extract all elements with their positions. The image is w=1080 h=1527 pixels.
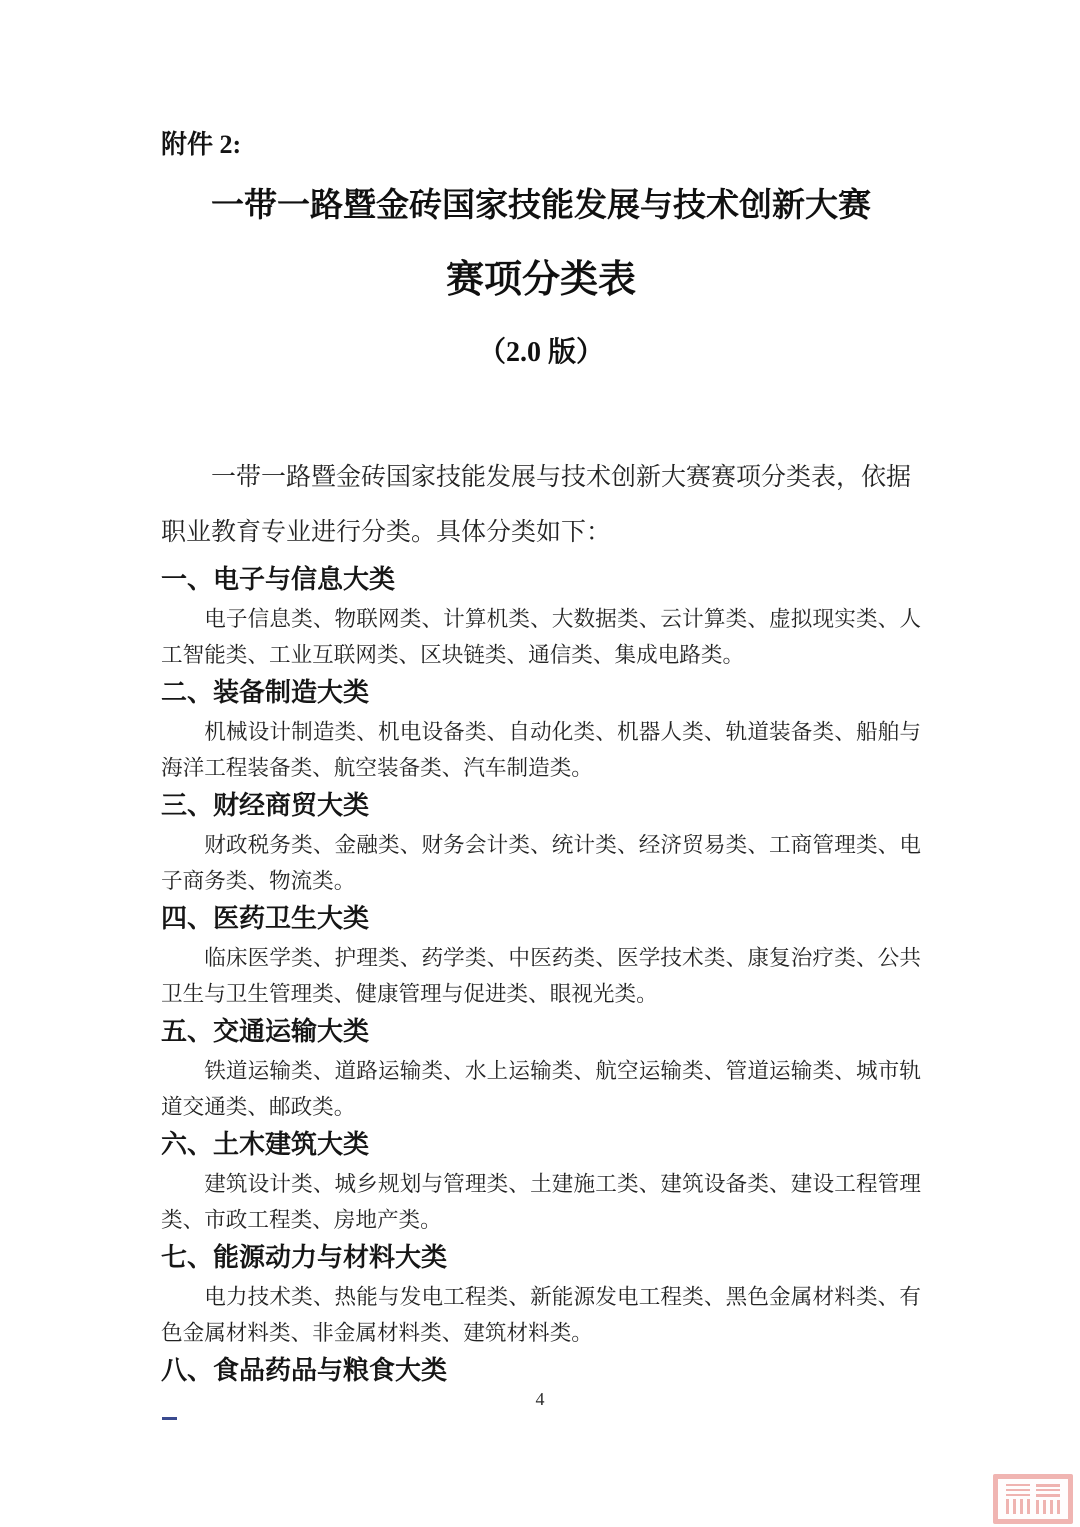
category-body: 财政税务类、金融类、财务会计类、统计类、经济贸易类、工商管理类、电子商务类、物流… bbox=[161, 828, 921, 899]
category-body: 建筑设计类、城乡规划与管理类、土建施工类、建筑设备类、建设工程管理类、市政工程类… bbox=[161, 1167, 921, 1238]
category-heading: 六、土木建筑大类 bbox=[161, 1125, 921, 1163]
doc-title-line1: 一带一路暨金砖国家技能发展与技术创新大赛 bbox=[161, 183, 921, 229]
category-heading: 四、医药卫生大类 bbox=[161, 899, 921, 937]
category-body: 铁道运输类、道路运输类、水上运输类、航空运输类、管道运输类、城市轨道交通类、邮政… bbox=[161, 1054, 921, 1125]
category-heading: 三、财经商贸大类 bbox=[161, 786, 921, 824]
footnote-dash bbox=[162, 1417, 177, 1420]
category-section: 四、医药卫生大类 临床医学类、护理类、药学类、中医药类、医学技术类、康复治疗类、… bbox=[161, 899, 921, 1012]
intro-line-2: 职业教育专业进行分类。具体分类如下： bbox=[161, 505, 921, 560]
category-section: 三、财经商贸大类 财政税务类、金融类、财务会计类、统计类、经济贸易类、工商管理类… bbox=[161, 786, 921, 899]
doc-version-label: （2.0 版） bbox=[161, 333, 921, 373]
seal-glyph-left bbox=[1006, 1484, 1030, 1514]
category-section: 六、土木建筑大类 建筑设计类、城乡规划与管理类、土建施工类、建筑设备类、建设工程… bbox=[161, 1125, 921, 1238]
seal-watermark-icon bbox=[993, 1474, 1073, 1524]
category-heading: 一、电子与信息大类 bbox=[161, 560, 921, 598]
page-number: 4 bbox=[0, 1388, 1080, 1410]
category-body: 电子信息类、物联网类、计算机类、大数据类、云计算类、虚拟现实类、人工智能类、工业… bbox=[161, 602, 921, 673]
category-section: 八、食品药品与粮食大类 bbox=[161, 1351, 921, 1389]
doc-title-line2: 赛项分类表 bbox=[161, 255, 921, 305]
category-section: 七、能源动力与材料大类 电力技术类、热能与发电工程类、新能源发电工程类、黑色金属… bbox=[161, 1238, 921, 1351]
category-body: 电力技术类、热能与发电工程类、新能源发电工程类、黑色金属材料类、有色金属材料类、… bbox=[161, 1280, 921, 1351]
document-page: 附件 2: 一带一路暨金砖国家技能发展与技术创新大赛 赛项分类表 （2.0 版）… bbox=[0, 0, 1080, 1527]
category-body: 临床医学类、护理类、药学类、中医药类、医学技术类、康复治疗类、公共卫生与卫生管理… bbox=[161, 941, 921, 1012]
category-body: 机械设计制造类、机电设备类、自动化类、机器人类、轨道装备类、船舶与海洋工程装备类… bbox=[161, 715, 921, 786]
seal-glyph-right bbox=[1036, 1484, 1060, 1514]
intro-line-1: 一带一路暨金砖国家技能发展与技术创新大赛赛项分类表，依据 bbox=[161, 450, 921, 505]
category-heading: 二、装备制造大类 bbox=[161, 673, 921, 711]
attachment-label: 附件 2: bbox=[161, 125, 921, 165]
category-section: 五、交通运输大类 铁道运输类、道路运输类、水上运输类、航空运输类、管道运输类、城… bbox=[161, 1012, 921, 1125]
category-heading: 五、交通运输大类 bbox=[161, 1012, 921, 1050]
category-heading: 八、食品药品与粮食大类 bbox=[161, 1351, 921, 1389]
category-heading: 七、能源动力与材料大类 bbox=[161, 1238, 921, 1276]
category-section: 一、电子与信息大类 电子信息类、物联网类、计算机类、大数据类、云计算类、虚拟现实… bbox=[161, 560, 921, 673]
category-sections: 一、电子与信息大类 电子信息类、物联网类、计算机类、大数据类、云计算类、虚拟现实… bbox=[161, 560, 921, 1389]
category-section: 二、装备制造大类 机械设计制造类、机电设备类、自动化类、机器人类、轨道装备类、船… bbox=[161, 673, 921, 786]
